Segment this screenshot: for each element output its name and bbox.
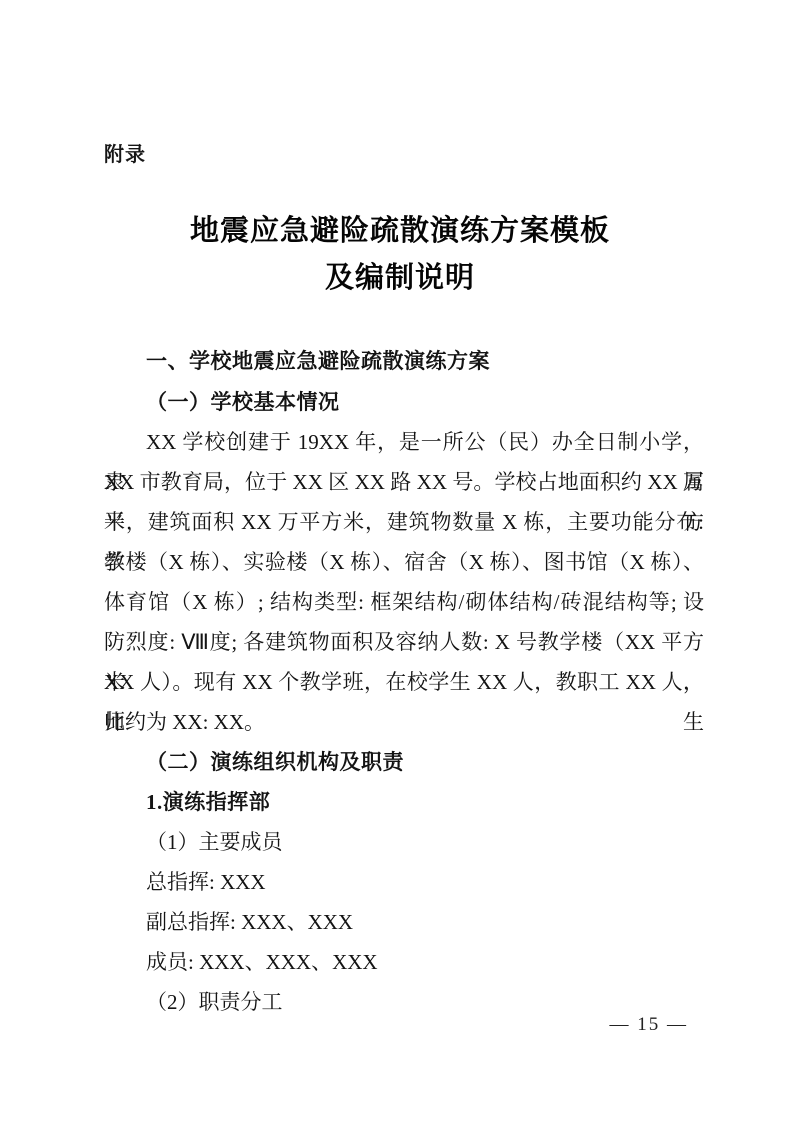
paragraph-line: 体育馆（X 栋）; 结构类型: 框架结构/砌体结构/砖混结构等; 设	[104, 582, 704, 622]
list-item-main-members: （1）主要成员	[104, 822, 704, 862]
list-item-chief-commander: 总指挥: XXX	[104, 862, 704, 902]
list-item-members: 成员: XXX、XXX、XXX	[104, 942, 704, 982]
document-title-line-1: 地震应急避险疏散演练方案模板	[0, 208, 800, 255]
document-title-line-2: 及编制说明	[0, 255, 800, 302]
page-number: — 15 —	[610, 1014, 689, 1036]
paragraph-line: XX 人）。现有 XX 个教学班，在校学生 XX 人，教职工 XX 人，师生	[104, 662, 704, 702]
list-item-deputy-commander: 副总指挥: XXX、XXX	[104, 902, 704, 942]
document-body: 一、学校地震应急避险疏散演练方案 （一）学校基本情况 XX 学校创建于 19XX…	[104, 342, 704, 1022]
subsection-heading-school-info: （一）学校基本情况	[104, 382, 704, 422]
appendix-label: 附录	[104, 138, 146, 167]
paragraph-line: 学楼（X 栋）、实验楼（X 栋）、宿舍（X 栋）、图书馆（X 栋）、	[104, 542, 704, 582]
paragraph-line: 防烈度: Ⅷ度; 各建筑物面积及容纳人数: X 号教学楼（XX 平方米，	[104, 622, 704, 662]
paragraph-line: XX 学校创建于 19XX 年，是一所公（民）办全日制小学，隶属	[104, 422, 704, 462]
paragraph-line: XX 市教育局，位于 XX 区 XX 路 XX 号。学校占地面积约 XX 万平方	[104, 462, 704, 502]
subsection-heading-organization: （二）演练组织机构及职责	[104, 742, 704, 782]
document-page: 附录 地震应急避险疏散演练方案模板 及编制说明 一、学校地震应急避险疏散演练方案…	[0, 0, 800, 1131]
section-heading-1: 一、学校地震应急避险疏散演练方案	[104, 342, 704, 382]
document-title: 地震应急避险疏散演练方案模板 及编制说明	[0, 208, 800, 302]
paragraph-line: 米，建筑面积 XX 万平方米，建筑物数量 X 栋，主要功能分布: 教	[104, 502, 704, 542]
subsection-heading-command-post: 1.演练指挥部	[104, 782, 704, 822]
